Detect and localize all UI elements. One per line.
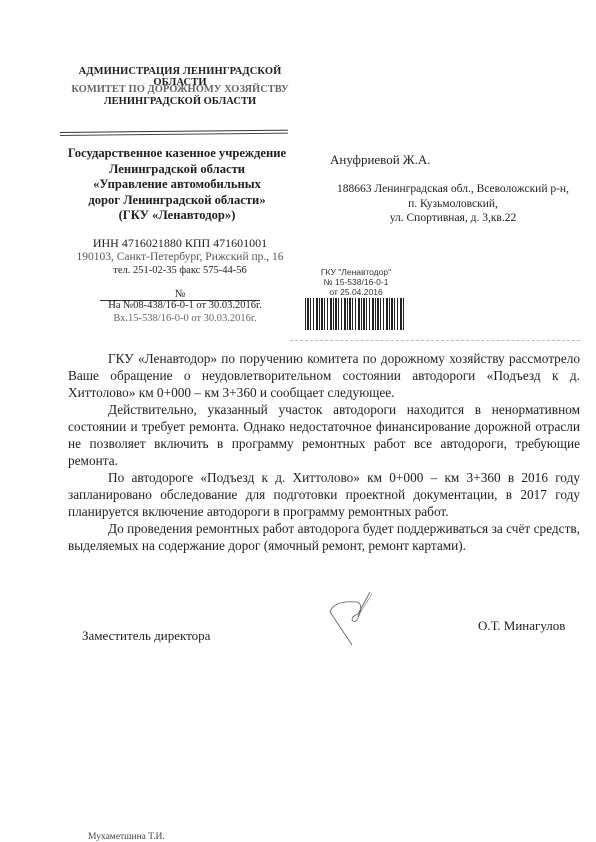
phone-fax: тел. 251-02-35 факс 575-44-56 — [55, 264, 305, 278]
incoming-number: Вх.15-538/16-0-0 от 30.03.2016г. — [85, 313, 285, 324]
recipient-address-line-1: 188663 Ленинградская обл., Всеволожский … — [318, 182, 588, 197]
stamp-date: от 25.04.2016 — [296, 287, 416, 297]
letter-body: ГКУ «Ленавтодор» по поручению комитета п… — [68, 350, 580, 554]
org-line-3: «Управление автомобильных — [58, 177, 296, 193]
org-line-4: дорог Ленинградской области» — [58, 193, 296, 209]
recipient-name: Ануфриевой Ж.А. — [330, 152, 580, 168]
scan-artifact-line — [290, 340, 580, 341]
header-committee: КОМИТЕТ ПО ДОРОЖНОМУ ХОЗЯЙСТВУ — [55, 84, 305, 95]
signatory-name: О.Т. Минагулов — [478, 618, 565, 634]
org-line-2: Ленинградской области — [58, 162, 296, 178]
header-region: ЛЕНИНГРАДСКОЙ ОБЛАСТИ — [55, 96, 305, 107]
requisites-block: ИНН 4716021880 КПП 471601001 190103, Сан… — [55, 236, 305, 278]
signatory-title: Заместитель директора — [82, 628, 210, 644]
organization-block: Государственное казенное учреждение Лени… — [58, 146, 296, 224]
org-line-1: Государственное казенное учреждение — [58, 146, 296, 162]
signature-icon — [322, 590, 382, 650]
registration-stamp: ГКУ "Ленавтодор" № 15-538/16-0-1 от 25.0… — [296, 267, 416, 297]
paragraph-2: Действительно, указанный участок автодор… — [68, 401, 580, 469]
header-divider — [60, 130, 288, 136]
org-address: 190103, Санкт-Петербург, Рижский пр., 16 — [55, 250, 305, 264]
barcode-icon — [305, 298, 405, 330]
recipient-address-line-2: п. Кузьмоловский, — [318, 197, 588, 212]
paragraph-3: По автодороге «Подъезд к д. Хиттолово» к… — [68, 469, 580, 520]
inn-kpp: ИНН 4716021880 КПП 471601001 — [55, 236, 305, 250]
paragraph-4: До проведения ремонтных работ автодорога… — [68, 520, 580, 554]
executor-name: Мухаметшина Т.И. — [88, 832, 165, 842]
reference-number: На №08-438/16-0-1 от 30.03.2016г. — [85, 300, 285, 311]
stamp-org: ГКУ "Ленавтодор" — [296, 267, 416, 277]
recipient-address: 188663 Ленинградская обл., Всеволожский … — [318, 182, 588, 226]
stamp-number: № 15-538/16-0-1 — [296, 277, 416, 287]
org-line-5: (ГКУ «Ленавтодор») — [58, 208, 296, 224]
paragraph-1: ГКУ «Ленавтодор» по поручению комитета п… — [68, 350, 580, 401]
recipient-address-line-3: ул. Спортивная, д. 3,кв.22 — [318, 211, 588, 226]
